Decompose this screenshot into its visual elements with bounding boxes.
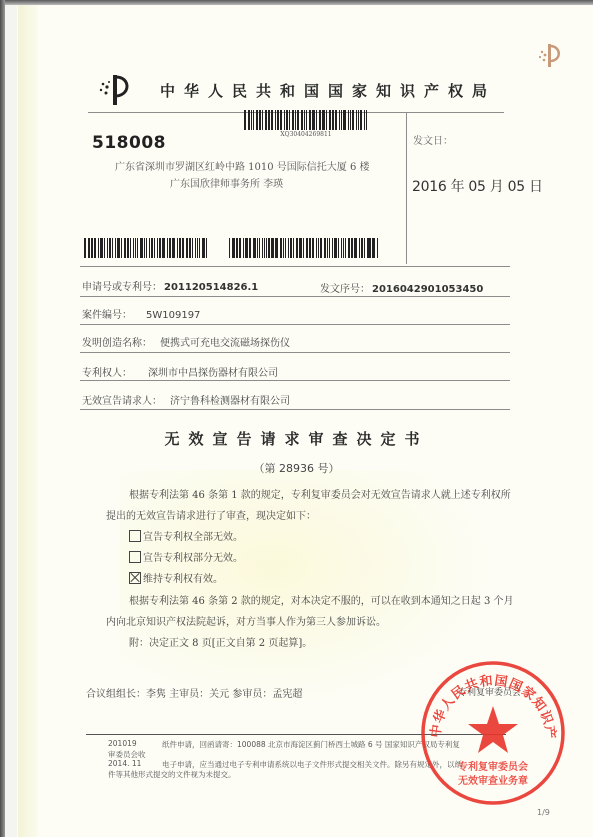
- invention-name-label: 发明创造名称：: [82, 338, 152, 349]
- page-indicator: 1/9: [537, 808, 550, 817]
- scan-margin: [5, 5, 17, 837]
- field-divider: [80, 324, 510, 325]
- decision-attachment: 附：决定正文 8 页[正文自第 2 页起算]。: [129, 634, 312, 649]
- decision-number: （第 28936 号）: [0, 460, 593, 476]
- case-number-value: 5W109197: [146, 310, 200, 321]
- case-number-label: 案件编号：: [82, 310, 132, 321]
- field-divider: [80, 380, 510, 381]
- checkbox-unchecked: [129, 551, 141, 563]
- top-barcode: [244, 110, 368, 130]
- official-seal-icon: 中华人民共和国国家知识产权局 专利复审委员会 无效审查业务章: [418, 658, 568, 808]
- option-label: 宣告专利权部分无效。: [143, 553, 243, 564]
- cnipa-corner-logo-icon: [534, 40, 564, 70]
- decision-paragraph-2-cont: 内向北京知识产权法院起诉，对方当事人作为第三人参加诉讼。: [106, 613, 386, 628]
- issue-date-label: 发文日：: [413, 132, 453, 147]
- issue-date: 2016 年 05 月 05 日: [412, 176, 543, 196]
- recipient-agent: 广东国欣律师事务所 李瑛: [170, 175, 283, 190]
- case-number-field: 案件编号：5W109197: [82, 306, 200, 321]
- barcode: [229, 238, 379, 258]
- footer-electronic-submission-cont: 件等其他形式提交的文件视为未提交。: [108, 769, 236, 780]
- cnipa-logo-icon: [96, 72, 132, 108]
- invention-name-value: 便携式可充电交流磁场探伤仪: [160, 338, 290, 349]
- patentee-value: 深圳市中昌探伤器材有限公司: [148, 368, 278, 379]
- top-barcode-number: XQ30404269811: [244, 131, 368, 138]
- patentee-label: 专利权人：: [82, 368, 132, 379]
- postal-code: 518008: [92, 133, 166, 153]
- decision-paragraph-1-cont: 提出的无效宣告请求进行了审查，现决定如下：: [106, 507, 316, 522]
- scan-edge: [0, 0, 593, 5]
- svg-text:专利复审委员会: 专利复审委员会: [458, 760, 528, 773]
- decision-paragraph-1: 根据专利法第 46 条第 1 款的规定，专利复审委员会对无效宣告请求人就上述专利…: [129, 486, 511, 501]
- invalidation-requester-value: 济宁鲁科检测器材有限公司: [170, 396, 290, 407]
- application-number-label: 申请号或专利号：: [82, 282, 162, 293]
- field-divider: [80, 352, 510, 353]
- option-label: 宣告专利权全部无效。: [143, 532, 243, 543]
- option-invalidate-all: 宣告专利权全部无效。: [129, 528, 243, 543]
- dispatch-number-field: 发文序号：2016042901053450: [320, 280, 483, 295]
- option-maintain-valid: 维持专利权有效。: [129, 570, 223, 585]
- checkbox-checked: [129, 572, 141, 584]
- patentee-field: 专利权人：深圳市中昌探伤器材有限公司: [82, 364, 278, 379]
- field-divider: [80, 266, 510, 267]
- paper-tint: [18, 5, 38, 837]
- footer-code-1: 201019: [108, 739, 137, 748]
- option-invalidate-partial: 宣告专利权部分无效。: [129, 549, 243, 564]
- decision-paragraph-2: 根据专利法第 46 条第 2 款的规定，对本决定不服的，可以在收到本通知之日起 …: [129, 592, 514, 607]
- panel-members: 合议组组长：李隽 主审员：关元 参审员：孟宪超: [86, 685, 302, 700]
- svg-text:无效审查业务章: 无效审查业务章: [458, 774, 528, 787]
- application-number-value: 201120514826.1: [164, 282, 258, 293]
- recipient-address: 广东省深圳市罗湖区红岭中路 1010 号国际信托大厦 6 楼: [115, 158, 370, 173]
- dispatch-number-label: 发文序号：: [320, 284, 370, 295]
- dispatch-number-value: 2016042901053450: [372, 284, 483, 295]
- application-number-field: 申请号或专利号：201120514826.1: [82, 278, 258, 293]
- invalidation-requester-field: 无效宣告请求人：济宁鲁科检测器材有限公司: [82, 392, 290, 407]
- invalidation-requester-label: 无效宣告请求人：: [82, 396, 162, 407]
- footer-paper-submission: 纸件申请，回函请寄：100088 北京市海淀区蓟门桥西土城路 6 号 国家知识产…: [162, 739, 460, 750]
- invention-name-field: 发明创造名称：便携式可充电交流磁场探伤仪: [82, 334, 290, 349]
- office-name: 中华人民共和国国家知识产权局: [160, 80, 496, 101]
- date-box-divider: [406, 112, 407, 264]
- field-divider: [80, 409, 510, 410]
- barcode: [84, 238, 208, 258]
- option-label: 维持专利权有效。: [143, 574, 223, 585]
- decision-title: 无效宣告请求审查决定书: [0, 428, 593, 449]
- footer-code-2: 2014. 11: [108, 759, 141, 768]
- checkbox-unchecked: [129, 530, 141, 542]
- field-divider: [80, 296, 510, 297]
